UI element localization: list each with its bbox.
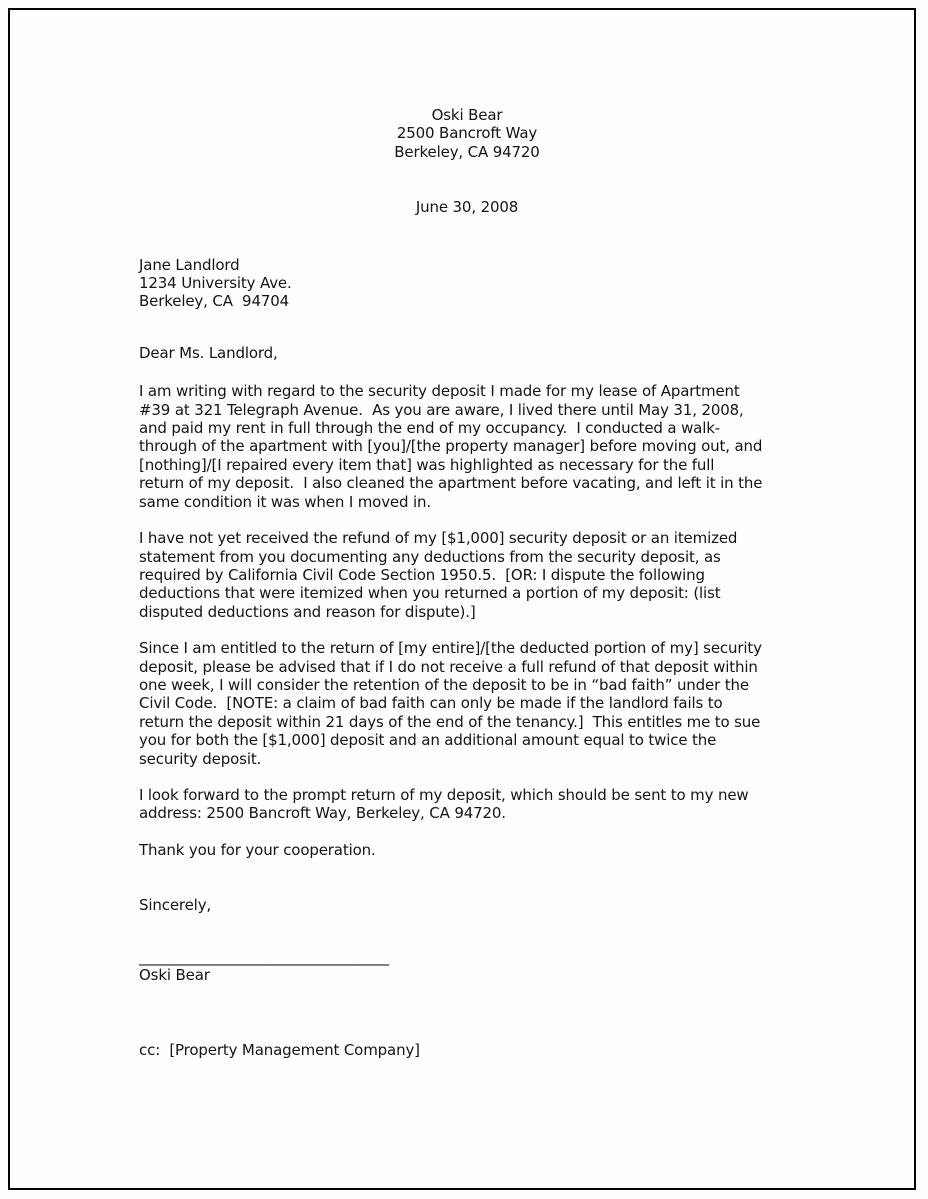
body-paragraph-5: Thank you for your cooperation.	[139, 841, 795, 859]
signature-name: Oski Bear	[139, 966, 795, 984]
sender-address-line1: 2500 Bancroft Way	[139, 124, 795, 142]
recipient-address-line2: Berkeley, CA 94704	[139, 292, 795, 310]
body-paragraph-3: Since I am entitled to the return of [my…	[139, 639, 795, 768]
letter-date: June 30, 2008	[139, 198, 795, 216]
recipient-block: Jane Landlord 1234 University Ave. Berke…	[139, 256, 795, 311]
body-paragraph-4: I look forward to the prompt return of m…	[139, 786, 795, 823]
letter-content: Oski Bear 2500 Bancroft Way Berkeley, CA…	[139, 0, 795, 1060]
salutation: Dear Ms. Landlord,	[139, 344, 795, 362]
body-paragraph-1: I am writing with regard to the security…	[139, 382, 795, 511]
sender-address-line2: Berkeley, CA 94720	[139, 143, 795, 161]
recipient-name: Jane Landlord	[139, 256, 795, 274]
letter-page: Oski Bear 2500 Bancroft Way Berkeley, CA…	[0, 0, 928, 1199]
body-paragraph-2: I have not yet received the refund of my…	[139, 529, 795, 621]
sender-name: Oski Bear	[139, 106, 795, 124]
recipient-address-line1: 1234 University Ave.	[139, 274, 795, 292]
signature-block: __________________________________ Oski …	[139, 948, 795, 985]
cc-line: cc: [Property Management Company]	[139, 1041, 795, 1059]
sender-block: Oski Bear 2500 Bancroft Way Berkeley, CA…	[139, 106, 795, 161]
signature-line: __________________________________	[139, 948, 795, 966]
closing: Sincerely,	[139, 896, 795, 914]
